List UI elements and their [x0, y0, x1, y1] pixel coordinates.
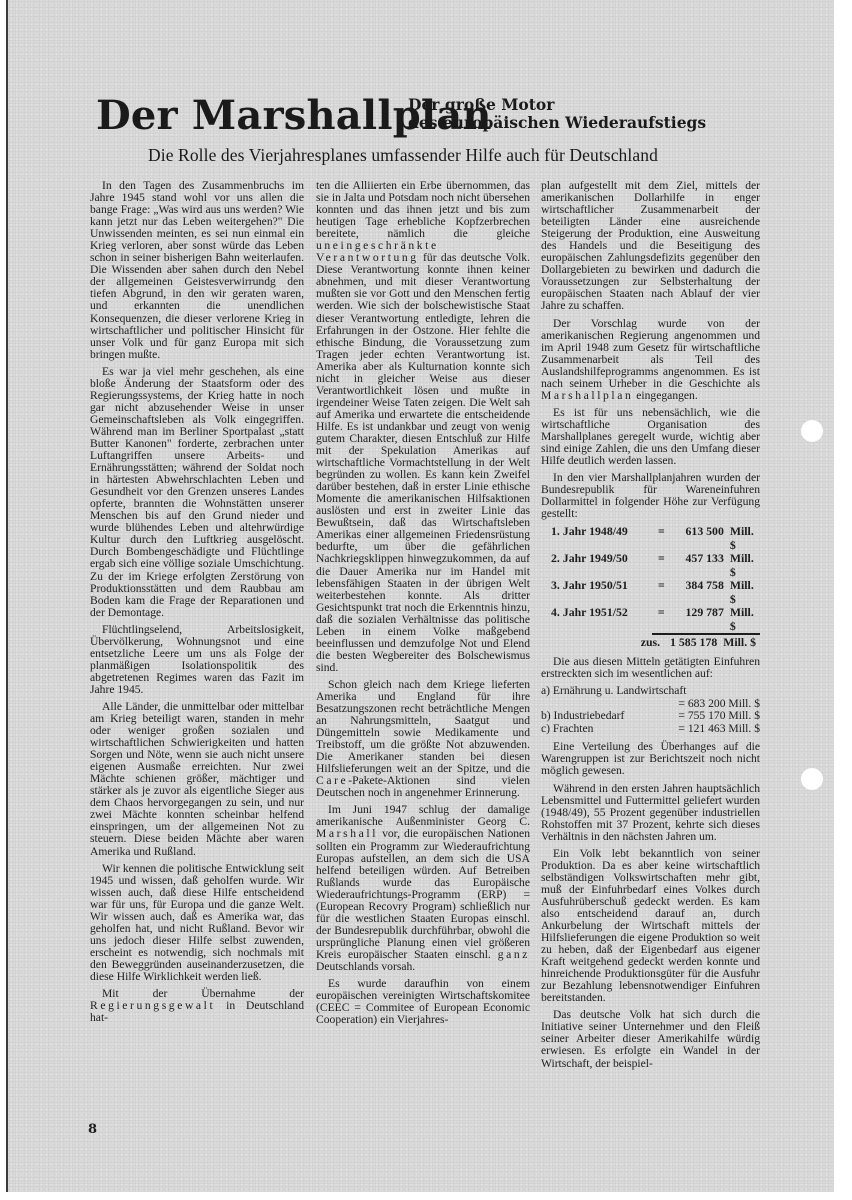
paragraph: In den Tagen des Zusammenbruchs im Jahre… — [90, 180, 304, 361]
paragraph: Der Vorschlag wurde von der amerikanisch… — [541, 318, 760, 402]
paragraph: Es wurde daraufhin von einem europäische… — [316, 978, 530, 1026]
aid-value: 457 133 — [671, 552, 724, 579]
emphasis-spaced: Care — [316, 774, 348, 787]
aid-table-row: 4. Jahr 1951/52 = 129 787 Mill. $ — [541, 606, 760, 635]
paragraph: Alle Länder, die unmittelbar oder mittel… — [90, 701, 304, 858]
aid-value: 613 500 — [671, 525, 724, 552]
paragraph: In den vier Marshallplanjahren wurden de… — [541, 472, 760, 520]
equals-sign: = — [652, 525, 670, 552]
category-row: b) Industriebedarf = 755 170 Mill. $ — [541, 710, 760, 723]
aid-year: 1. Jahr 1948/49 — [551, 525, 652, 552]
paragraph: Im Juni 1947 schlug der damalige amerika… — [316, 804, 530, 973]
equals-sign: = — [652, 579, 670, 606]
aid-table: 1. Jahr 1948/49 = 613 500 Mill. $ 2. Jah… — [541, 525, 760, 650]
import-categories: a) Ernährung u. Landwirtschaft = 683 200… — [541, 685, 760, 735]
emphasis-spaced: Regierungsgewalt — [90, 999, 215, 1012]
article-subtitle: Der große Motor des europäischen Wiedera… — [408, 96, 706, 132]
page-number: 8 — [88, 1122, 97, 1137]
aid-year: 2. Jahr 1949/50 — [551, 552, 652, 579]
aid-year: 3. Jahr 1950/51 — [551, 579, 652, 606]
text-run: ten die Alliierten ein Erbe übernommen, … — [316, 179, 530, 240]
paragraph: Wir kennen die politische Entwicklung se… — [90, 863, 304, 983]
category-name: a) Ernährung u. Landwirtschaft — [541, 685, 760, 698]
text-run: eingegangen. — [633, 389, 697, 402]
aid-year: 4. Jahr 1951/52 — [541, 606, 652, 635]
paragraph: Flüchtlingselend, Arbeitslosigkeit, Über… — [90, 624, 304, 696]
text-run: Im Juni 1947 schlug der damalige amerika… — [316, 803, 530, 828]
text-run: Der Vorschlag wurde von der amerikanisch… — [541, 317, 760, 390]
subtitle-line-1: Der große Motor — [408, 96, 706, 114]
aid-value: 129 787 — [670, 606, 723, 633]
aid-unit: Mill. $ — [730, 579, 760, 606]
text-run: Schon gleich nach dem Kriege lieferten A… — [316, 678, 530, 775]
aid-total-row: zus. 1 585 178 Mill. $ — [541, 635, 760, 650]
aid-unit: Mill. $ — [730, 606, 760, 633]
total-value: 1 585 178 — [670, 635, 717, 650]
total-unit: Mill. $ — [723, 635, 756, 650]
aid-unit: Mill. $ — [730, 552, 760, 579]
equals-sign: = — [652, 606, 670, 633]
paragraph: plan aufgestellt mit dem Ziel, mittels d… — [541, 180, 760, 313]
category-row: c) Frachten = 121 463 Mill. $ — [541, 723, 760, 736]
punch-hole — [801, 420, 823, 442]
text-run: vor, die europäischen Nationen sollten e… — [316, 827, 530, 960]
total-label: zus. — [641, 635, 660, 650]
text-run: Mit der Übernahme der — [102, 987, 304, 1000]
paragraph: ten die Alliierten ein Erbe übernommen, … — [316, 180, 530, 674]
aid-value: 384 758 — [671, 579, 724, 606]
subtitle-line-2: des europäischen Wiederaufstiegs — [408, 114, 706, 132]
equals-sign: = — [652, 552, 670, 579]
masthead: Der Marshallplan Der große Motor des eur… — [96, 92, 766, 148]
emphasis-spaced: Marshallplan — [541, 389, 633, 402]
underlined-segment: = 129 787 Mill. $ — [652, 606, 760, 635]
category-name: c) Frachten — [541, 723, 678, 736]
paragraph: Schon gleich nach dem Kriege lieferten A… — [316, 679, 530, 799]
category-name: b) Industriebedarf — [541, 710, 678, 723]
category-row: a) Ernährung u. Landwirtschaft = 683 200… — [541, 685, 760, 710]
article-deck: Die Rolle des Vierjahresplanes umfassend… — [148, 145, 748, 166]
paragraph: Während in den ersten Jahren hauptsächli… — [541, 783, 760, 843]
punch-hole — [801, 768, 823, 790]
category-amount: = 755 170 Mill. $ — [678, 710, 760, 723]
aid-table-row: 2. Jahr 1949/50 = 457 133 Mill. $ — [541, 552, 760, 579]
text-column-1: In den Tagen des Zusammenbruchs im Jahre… — [90, 180, 304, 1029]
category-amount: = 121 463 Mill. $ — [678, 723, 760, 736]
paragraph: Eine Verteilung des Überhanges auf die W… — [541, 741, 760, 777]
emphasis-spaced: ganz — [498, 948, 530, 961]
text-column-2: ten die Alliierten ein Erbe übernommen, … — [316, 180, 530, 1031]
emphasis-spaced: Marshall — [316, 827, 378, 840]
paragraph: Mit der Übernahme der Regierungsgewalt i… — [90, 988, 304, 1024]
text-column-3: plan aufgestellt mit dem Ziel, mittels d… — [541, 180, 760, 1075]
paragraph: Ein Volk lebt bekanntlich von seiner Pro… — [541, 848, 760, 1005]
paragraph: Es ist für uns nebensächlich, wie die wi… — [541, 407, 760, 467]
paragraph: Das deutsche Volk hat sich durch die Ini… — [541, 1009, 760, 1069]
text-run: -Pakete-Aktionen sind vielen Deutschen n… — [316, 774, 530, 799]
text-run: Deutschlands vorsah. — [316, 960, 415, 973]
text-run: für das deutsche Volk. Diese Verantwortu… — [316, 251, 530, 674]
aid-table-row: 1. Jahr 1948/49 = 613 500 Mill. $ — [541, 525, 760, 552]
paragraph: Es war ja viel mehr geschehen, als eine … — [90, 366, 304, 619]
aid-table-row: 3. Jahr 1950/51 = 384 758 Mill. $ — [541, 579, 760, 606]
aid-unit: Mill. $ — [730, 525, 760, 552]
paragraph: Die aus diesen Mitteln getätigten Einfuh… — [541, 656, 760, 680]
